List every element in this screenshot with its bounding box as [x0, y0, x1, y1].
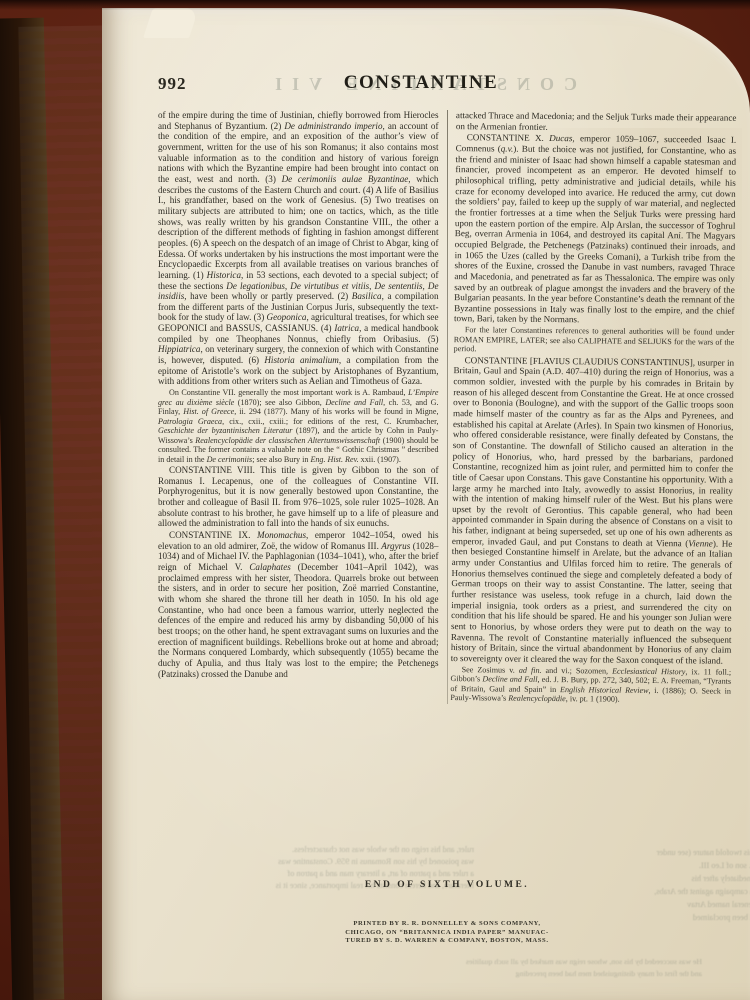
text-columns: of the empire during the time of Justini… — [102, 106, 750, 704]
bleedthrough-line: a ruler and a patron of art, a literary … — [164, 868, 474, 880]
paragraph: See Zosimus v. ad fin. and vi.; Sozomen,… — [450, 665, 731, 706]
bleedthrough-text: He was succeeded by his son, whose reign… — [222, 956, 702, 980]
page-corner-curl — [143, 8, 199, 38]
paragraph: CONSTANTINE X. Ducas, emperor 1059–1067,… — [453, 132, 735, 326]
bleedthrough-line: and the first of many distinguished men … — [222, 968, 702, 980]
colophon-line: PRINTED BY R. R. DONNELLEY & SONS COMPAN… — [158, 920, 736, 929]
colophon-line: TURED BY S. D. WARREN & COMPANY, BOSTON,… — [158, 937, 736, 946]
paragraph: On Constantine VII. generally the most i… — [158, 388, 439, 464]
left-column: of the empire during the time of Justini… — [158, 110, 447, 704]
paragraph: CONSTANTINE [FLAVIUS CLAUDIUS CONSTANTIN… — [450, 355, 733, 667]
running-header: 992 CONSTANTINE VII CONSTANTINE — [102, 72, 750, 106]
bleedthrough-line: to his twofold nature (see under — [442, 846, 750, 859]
bleedthrough-line: ruler, and his reign on the whole was no… — [164, 844, 474, 856]
printer-colophon: PRINTED BY R. R. DONNELLEY & SONS COMPAN… — [158, 920, 736, 946]
bleedthrough-line: a general named Artav — [442, 898, 750, 911]
photo-of-book-page: { "page_header": { "page_number": "992",… — [0, 0, 750, 1000]
paragraph: CONSTANTINE IX. Monomachus, emperor 1042… — [158, 530, 439, 679]
bleedthrough-line: (Gr. son of Leo III. — [442, 859, 750, 872]
right-column: attacked Thrace and Macedonia; and the S… — [442, 110, 736, 706]
bleedthrough-line: was poisoned by his son Romanus in 959. … — [164, 856, 474, 868]
colophon-line: CHICAGO, ON “BRITANNICA INDIA PAPER” MAN… — [158, 929, 736, 938]
paragraph: attacked Thrace and Macedonia; and the S… — [455, 110, 736, 134]
paragraph: CONSTANTINE VIII. This title is given by… — [158, 465, 439, 529]
page-title: CONSTANTINE — [102, 72, 740, 94]
page-sheet: 992 CONSTANTINE VII CONSTANTINE of the e… — [102, 8, 750, 1000]
end-of-volume-text: END OF SIXTH VOLUME. — [158, 880, 736, 890]
paragraph: For the later Constantines references to… — [453, 325, 734, 356]
paragraph: of the empire during the time of Justini… — [158, 110, 439, 387]
bleedthrough-line: He was succeeded by his son, whose reign… — [222, 956, 702, 968]
